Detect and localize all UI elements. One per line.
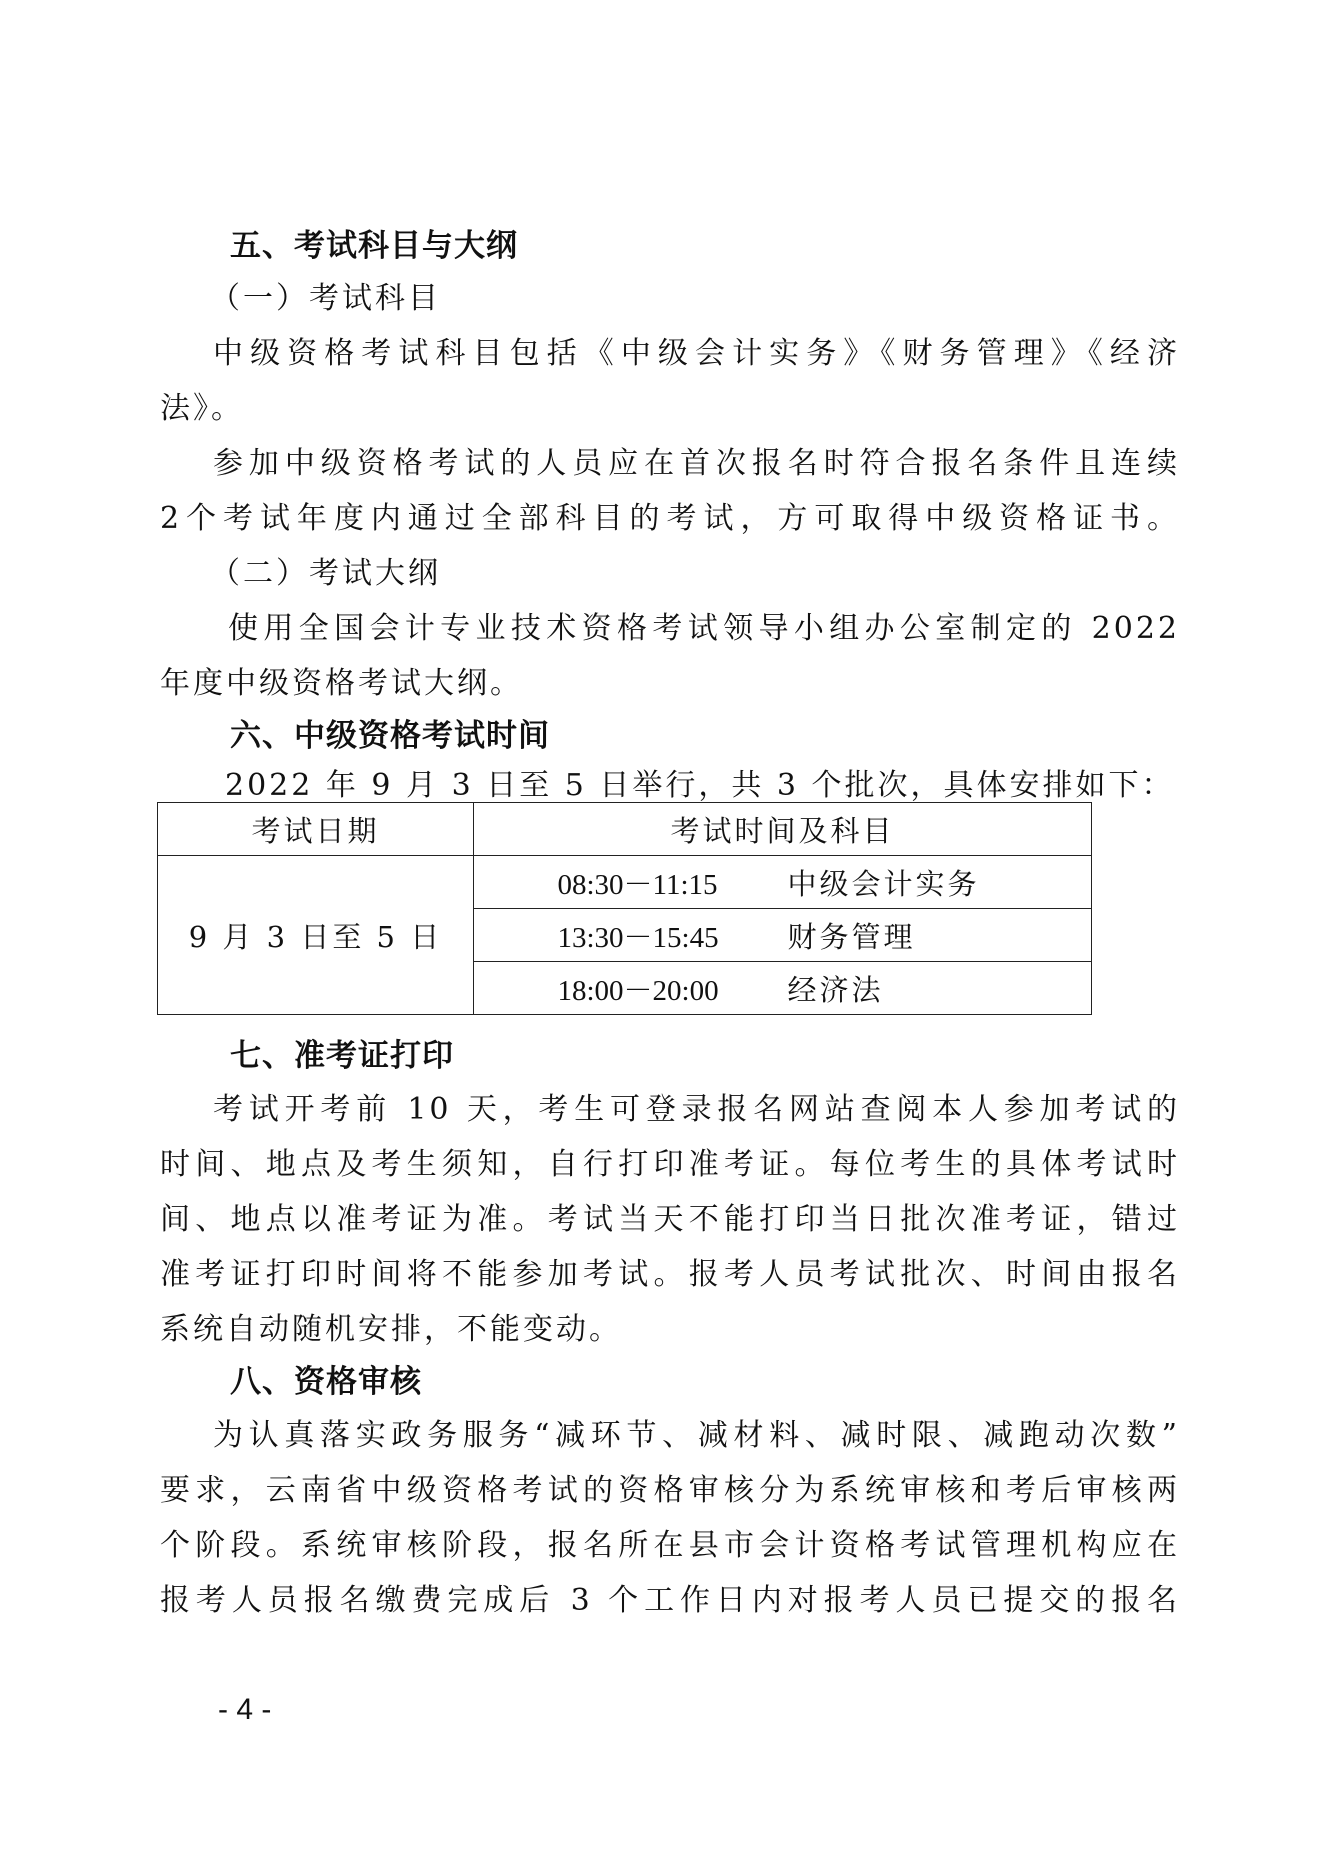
exam-subject: 中级会计实务 <box>788 862 1008 903</box>
section-8-heading: 八、资格审核 <box>230 1362 1250 1402</box>
paragraph-line: 要求，云南省中级资格考试的资格审核分为系统审核和考后审核两 <box>160 1471 1180 1511</box>
paragraph-line: 报考人员报名缴费完成后 3 个工作日内对报考人员已提交的报名 <box>160 1581 1180 1621</box>
header-cell-time-subject: 考试时间及科目 <box>474 803 1092 856</box>
paragraph-line: 使用全国会计专业技术资格考试领导小组办公室制定的 2022 <box>228 609 1180 649</box>
paragraph-line: 年度中级资格考试大纲。 <box>160 664 1180 704</box>
paragraph-line: 考试开考前 10 天，考生可登录报名网站查阅本人参加考试的 <box>213 1090 1180 1130</box>
paragraph-line: 个阶段。系统审核阶段，报名所在县市会计资格考试管理机构应在 <box>160 1526 1180 1566</box>
table-header-row: 考试日期 考试时间及科目 <box>158 803 1092 856</box>
time-subject-cell: 08:30－11:15中级会计实务 <box>474 856 1092 909</box>
paragraph-line: 时间、地点及考生须知，自行打印准考证。每位考生的具体考试时 <box>160 1145 1180 1185</box>
page-number: - 4 - <box>218 1693 271 1727</box>
exam-schedule-table: 考试日期 考试时间及科目 9 月 3 日至 5 日 08:30－11:15中级会… <box>157 802 1092 1015</box>
exam-subject: 经济法 <box>788 968 1008 1009</box>
header-cell-date: 考试日期 <box>158 803 474 856</box>
exam-time: 13:30－15:45 <box>558 915 788 956</box>
paragraph-line: 间、地点以准考证为准。考试当天不能打印当日批次准考证，错过 <box>160 1200 1180 1240</box>
document-page: 五、考试科目与大纲 （一）考试科目 中级资格考试科目包括《中级会计实务》《财务管… <box>0 0 1323 1871</box>
paragraph-line: 为认真落实政务服务“减环节、减材料、减时限、减跑动次数” <box>213 1416 1180 1456</box>
paragraph-line: 2个考试年度内通过全部科目的考试，方可取得中级资格证书。 <box>160 499 1180 539</box>
subsection-2-heading: （二）考试大纲 <box>210 554 1230 594</box>
paragraph-line: 系统自动随机安排，不能变动。 <box>160 1310 1180 1350</box>
paragraph-line: 参加中级资格考试的人员应在首次报名时符合报名条件且连续 <box>213 444 1180 484</box>
exam-date-cell: 9 月 3 日至 5 日 <box>158 856 474 1015</box>
exam-subject: 财务管理 <box>788 915 1008 956</box>
exam-time: 18:00－20:00 <box>558 968 788 1009</box>
paragraph-line: 准考证打印时间将不能参加考试。报考人员考试批次、时间由报名 <box>160 1255 1180 1295</box>
exam-time: 08:30－11:15 <box>558 862 788 903</box>
section-5-heading: 五、考试科目与大纲 <box>230 226 1250 266</box>
table-row: 9 月 3 日至 5 日 08:30－11:15中级会计实务 <box>158 856 1092 909</box>
paragraph-line: 中级资格考试科目包括《中级会计实务》《财务管理》《经济 <box>213 334 1180 374</box>
time-subject-cell: 13:30－15:45财务管理 <box>474 909 1092 962</box>
section-7-heading: 七、准考证打印 <box>230 1036 1250 1076</box>
time-subject-cell: 18:00－20:00经济法 <box>474 962 1092 1015</box>
paragraph-line: 法》。 <box>160 389 1180 429</box>
subsection-1-heading: （一）考试科目 <box>210 279 1230 319</box>
schedule-intro: 2022 年 9 月 3 日至 5 日举行，共 3 个批次，具体安排如下： <box>225 766 1160 806</box>
section-6-heading: 六、中级资格考试时间 <box>230 716 1250 756</box>
